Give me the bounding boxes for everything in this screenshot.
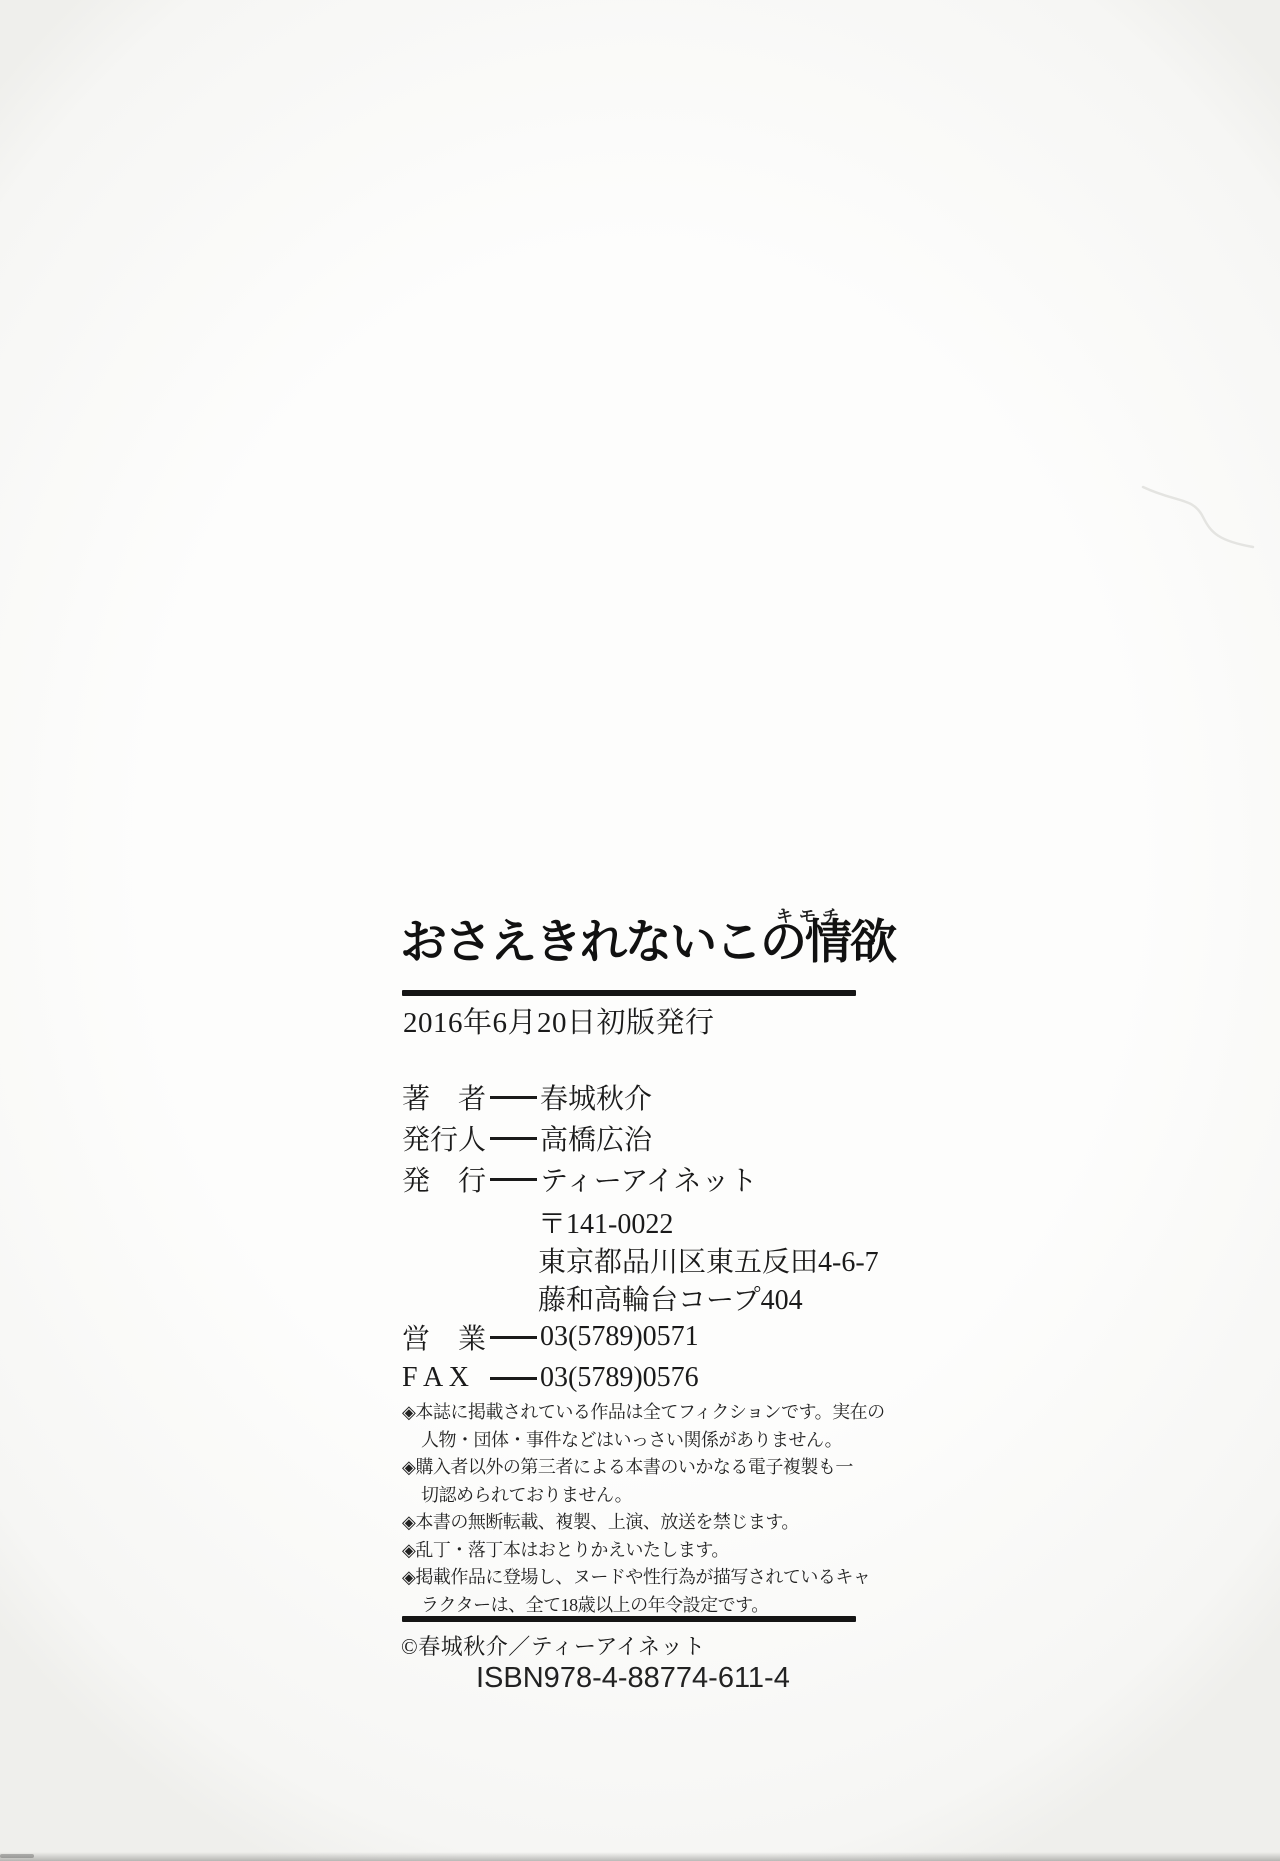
dash-line bbox=[490, 1336, 537, 1339]
contact-value: 03(5789)0571 bbox=[540, 1321, 699, 1353]
scan-bottom-edge-mark bbox=[0, 1854, 34, 1858]
contact-label: F A X bbox=[402, 1362, 490, 1394]
publisher-address-line2: 藤和高輪台コープ404 bbox=[538, 1278, 803, 1318]
note-line: ◈掲載作品に登場し、ヌードや性行為が描写されているキャ bbox=[402, 1564, 885, 1592]
book-title: おさえきれないこの情欲 bbox=[400, 916, 895, 970]
credit-row-publisher-person: 発行人 高橋広治 bbox=[402, 1119, 652, 1157]
note-line: 人物・団体・事件などはいっさい関係がありません。 bbox=[402, 1427, 885, 1455]
credit-label: 著 者 bbox=[402, 1077, 490, 1117]
note-line: ◈乱丁・落丁本はおとりかえいたします。 bbox=[402, 1537, 885, 1565]
credit-value: 春城秋介 bbox=[540, 1077, 652, 1117]
footer-divider-rule bbox=[402, 1616, 856, 1622]
publisher-postal-code: 〒141-0022 bbox=[538, 1202, 673, 1242]
credit-label: 発 行 bbox=[402, 1159, 490, 1199]
contact-row-sales: 営 業 03(5789)0571 bbox=[402, 1318, 699, 1356]
book-title-main: おさえきれないこの bbox=[400, 917, 805, 969]
contact-label: 営 業 bbox=[402, 1317, 490, 1357]
isbn-number: ISBN978-4-88774-611-4 bbox=[476, 1662, 790, 1695]
dash-line bbox=[490, 1137, 537, 1140]
note-line: ラクターは、全て18歳以上の年令設定です。 bbox=[402, 1592, 885, 1620]
credit-label: 発行人 bbox=[402, 1118, 490, 1158]
credit-value: ティーアイネット bbox=[540, 1159, 758, 1199]
credit-row-publisher-company: 発 行 ティーアイネット bbox=[402, 1160, 758, 1198]
edition-date: 2016年6月20日初版発行 bbox=[403, 1000, 715, 1041]
colophon-page: キモチ おさえきれないこの情欲 2016年6月20日初版発行 著 者 春城秋介 … bbox=[0, 0, 1280, 1861]
contact-value: 03(5789)0576 bbox=[540, 1362, 699, 1394]
note-line: ◈購入者以外の第三者による本書のいかなる電子複製も一 bbox=[402, 1454, 885, 1482]
note-line: 切認められておりません。 bbox=[402, 1482, 885, 1510]
dash-line bbox=[490, 1096, 537, 1099]
publisher-address-line1: 東京都品川区東五反田4-6-7 bbox=[538, 1240, 879, 1280]
scan-crease-mark bbox=[1095, 455, 1265, 575]
book-title-ruby-base: 情欲 bbox=[805, 917, 895, 969]
scan-bottom-edge-shadow bbox=[0, 1852, 1280, 1861]
contact-row-fax: F A X 03(5789)0576 bbox=[402, 1359, 699, 1397]
note-line: ◈本誌に掲載されている作品は全てフィクションです。実在の bbox=[402, 1399, 885, 1427]
copyright-line: ©春城秋介／ティーアイネット bbox=[401, 1630, 706, 1661]
credit-row-author: 著 者 春城秋介 bbox=[402, 1078, 652, 1116]
dash-line bbox=[490, 1377, 537, 1380]
credit-value: 高橋広治 bbox=[540, 1118, 652, 1158]
legal-notes: ◈本誌に掲載されている作品は全てフィクションです。実在の 人物・団体・事件などは… bbox=[402, 1399, 885, 1619]
title-divider-rule bbox=[402, 990, 856, 996]
note-line: ◈本書の無断転載、複製、上演、放送を禁じます。 bbox=[402, 1509, 885, 1537]
dash-line bbox=[490, 1178, 537, 1181]
